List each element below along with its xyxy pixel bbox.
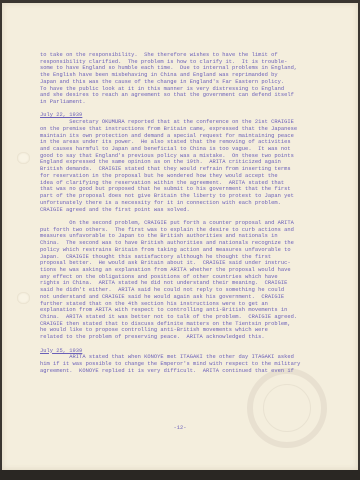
scanner-background-strip [0, 470, 360, 480]
text-line: China. The second was to have British au… [40, 240, 340, 247]
text-line: British demands. CRAIGIE stated that the… [40, 166, 340, 173]
text-line: responsibility clarified. The problem is… [40, 59, 340, 66]
text-line: to take on the responsibility. She there… [40, 52, 340, 59]
text-line: said he didn't either. ARITA said he cou… [40, 287, 340, 294]
text-line: in Parliament. [40, 99, 340, 106]
text-line: in the areas under its power. He also st… [40, 139, 340, 146]
text-line: put forth two others. The first was to e… [40, 227, 340, 234]
entry-paragraph: On the second problem, CRAIGIE put forth… [40, 220, 340, 341]
text-line: the English have been misbehaving in Chi… [40, 72, 340, 79]
entry-paragraph: ARITA stated that when KONOYE met ITAGAK… [40, 354, 340, 374]
text-line: unfortunately there is a necessity for i… [40, 200, 340, 207]
text-line: Japan. CRAIGIE thought this satisfactory… [40, 254, 340, 261]
entry-date-july-22: July 22, 1939 [40, 112, 340, 119]
continued-paragraph: to take on the responsibility. She there… [40, 52, 340, 106]
text-line: tions he was asking an explanation from … [40, 267, 340, 274]
text-line: To have the public look at it in this ma… [40, 86, 340, 93]
text-line: agreement. KONOYE replied it is very dif… [40, 368, 340, 375]
text-line: idea of clarifying the reservation withi… [40, 180, 340, 187]
text-line: part of the proposal does not give Brita… [40, 193, 340, 200]
text-line: some to have England so humble each time… [40, 65, 340, 72]
text-line: England expressed the same opinion as on… [40, 159, 340, 166]
text-line: explanation from ARITA with respect to c… [40, 307, 340, 314]
text-line: CRAIGIE then stated that to discuss defi… [40, 321, 340, 328]
text-line: ARITA stated that when KONOYE met ITAGAK… [40, 354, 340, 361]
text-line: not understand and CRAIGIE said he would… [40, 294, 340, 301]
text-line: Secretary OKUMURA reported that at the c… [40, 119, 340, 126]
text-line: Japan and this was the cause of the chan… [40, 79, 340, 86]
entry-paragraph: Secretary OKUMURA reported that at the c… [40, 119, 340, 213]
text-line: measures unfavorable to Japan to the Bri… [40, 233, 340, 240]
text-line: any effect on the obligations and positi… [40, 274, 340, 281]
text-line: and she desires to reach an agreement so… [40, 92, 340, 99]
text-line: and causes harmful to Japan and benefici… [40, 146, 340, 153]
text-line: On the second problem, CRAIGIE put forth… [40, 220, 340, 227]
text-line: proposal better. He would ask Britain ab… [40, 260, 340, 267]
binder-hole-top [17, 152, 30, 164]
text-line: related to the problem of preserving pea… [40, 334, 340, 341]
text-line: China. ARITA stated it was better not to… [40, 314, 340, 321]
library-seal-watermark [247, 368, 327, 448]
text-line: policy which restrains Britain from taki… [40, 247, 340, 254]
entry-date-july-25: July 25, 1939 [40, 348, 340, 355]
text-line: CRAIGIE agreed and the first point was s… [40, 207, 340, 214]
page-number: -12- [2, 425, 358, 431]
binder-hole-bottom [17, 292, 30, 304]
text-line: on the premise that instructions from Br… [40, 126, 340, 133]
text-line: he would like to propose controlling ant… [40, 327, 340, 334]
text-line: maintain its own protection and demand a… [40, 133, 340, 140]
paragraph-gap [40, 213, 340, 220]
text-line: that was no good but proposed that he su… [40, 186, 340, 193]
document-page: to take on the responsibility. She there… [2, 3, 358, 470]
text-line: good to say that England's previous poli… [40, 153, 340, 160]
text-line: rights in China. ARITA stated he did not… [40, 280, 340, 287]
text-line: for reservation in the proposal but he w… [40, 173, 340, 180]
text-line: him if it was possible to change the Emp… [40, 361, 340, 368]
document-body: to take on the responsibility. She there… [40, 52, 340, 374]
text-line: further stated that on the 4th section h… [40, 301, 340, 308]
